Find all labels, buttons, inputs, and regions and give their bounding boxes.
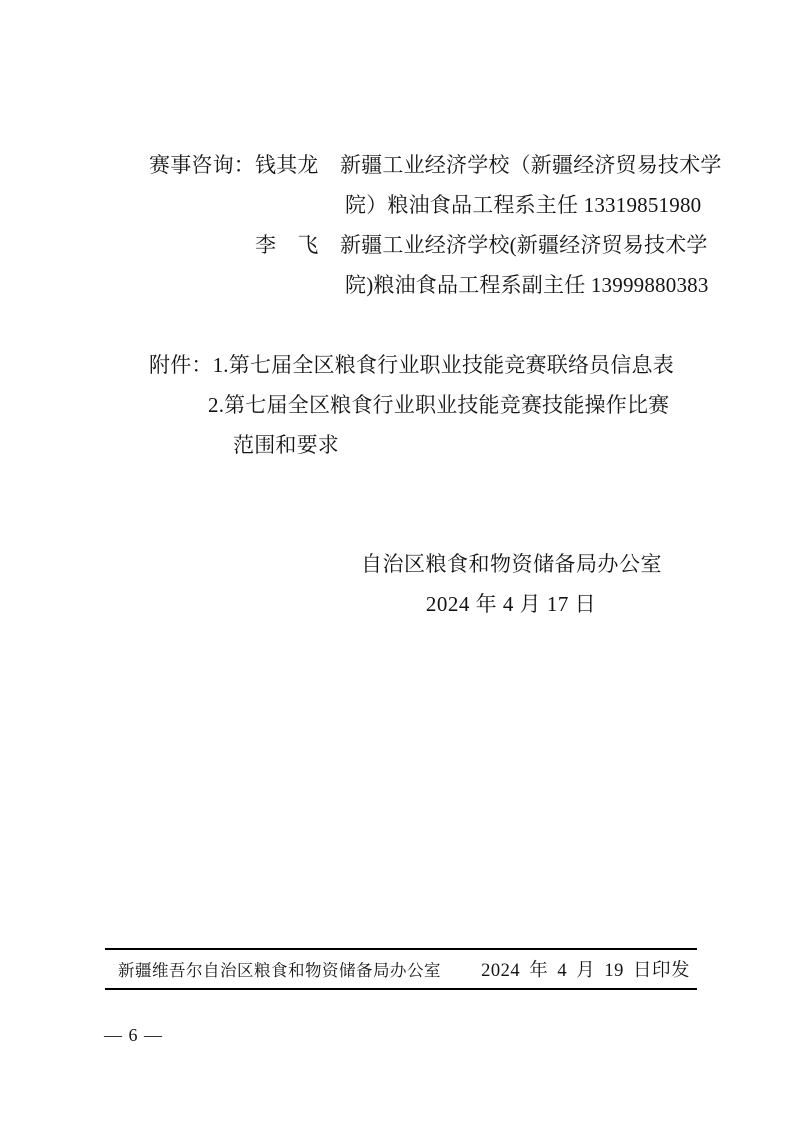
contact-name: 钱其龙 — [255, 145, 340, 185]
contact-affiliation: 院）粮油食品工程系主任 13319851980 — [345, 193, 701, 217]
colophon: 新疆维吾尔自治区粮食和物资储备局办公室 2024 年 4 月 19 日印发 — [105, 948, 697, 990]
colophon-print-date: 2024 年 4 月 19 日印发 — [481, 956, 690, 982]
contact-label: 赛事咨询： — [149, 153, 255, 177]
signature-block: 自治区粮食和物资储备局办公室 2024 年 4 月 17 日 — [361, 544, 661, 624]
page-number: — 6 — — [104, 1022, 163, 1048]
attachment-line: 附件：1.第七届全区粮食行业职业技能竞赛联络员信息表 — [0, 345, 793, 385]
contact-affiliation: 院)粮油食品工程系副主任 13999880383 — [345, 273, 709, 297]
attachment-item-2-continuation: 范围和要求 — [233, 433, 339, 457]
contact-line: 赛事咨询：钱其龙新疆工业经济学校（新疆经济贸易技术学 — [0, 145, 793, 185]
document-page: 赛事咨询：钱其龙新疆工业经济学校（新疆经济贸易技术学 院）粮油食品工程系主任 1… — [0, 0, 793, 1122]
contact-line: 院)粮油食品工程系副主任 13999880383 — [0, 265, 793, 305]
contact-affiliation: 新疆工业经济学校（新疆经济贸易技术学 — [340, 153, 722, 177]
issue-date: 2024 年 4 月 17 日 — [361, 584, 661, 624]
attachment-line: 范围和要求 — [0, 425, 793, 465]
attachments-label: 附件： — [149, 353, 213, 377]
attachment-line: 2.第七届全区粮食行业职业技能竞赛技能操作比赛 — [0, 385, 793, 425]
issuer-name: 自治区粮食和物资储备局办公室 — [361, 544, 661, 584]
contact-line: 院）粮油食品工程系主任 13319851980 — [0, 185, 793, 225]
contact-name: 李 飞 — [255, 225, 340, 265]
attachment-item-2: 2.第七届全区粮食行业职业技能竞赛技能操作比赛 — [208, 393, 669, 417]
attachment-item-1: 1.第七届全区粮食行业职业技能竞赛联络员信息表 — [213, 353, 674, 377]
attachments-section: 附件：1.第七届全区粮食行业职业技能竞赛联络员信息表 2.第七届全区粮食行业职业… — [0, 345, 793, 465]
contact-affiliation: 新疆工业经济学校(新疆经济贸易技术学 — [340, 233, 708, 257]
contact-section: 赛事咨询：钱其龙新疆工业经济学校（新疆经济贸易技术学 院）粮油食品工程系主任 1… — [0, 145, 793, 305]
colophon-publisher: 新疆维吾尔自治区粮食和物资储备局办公室 — [118, 957, 441, 981]
contact-line: 李 飞新疆工业经济学校(新疆经济贸易技术学 — [0, 225, 793, 265]
